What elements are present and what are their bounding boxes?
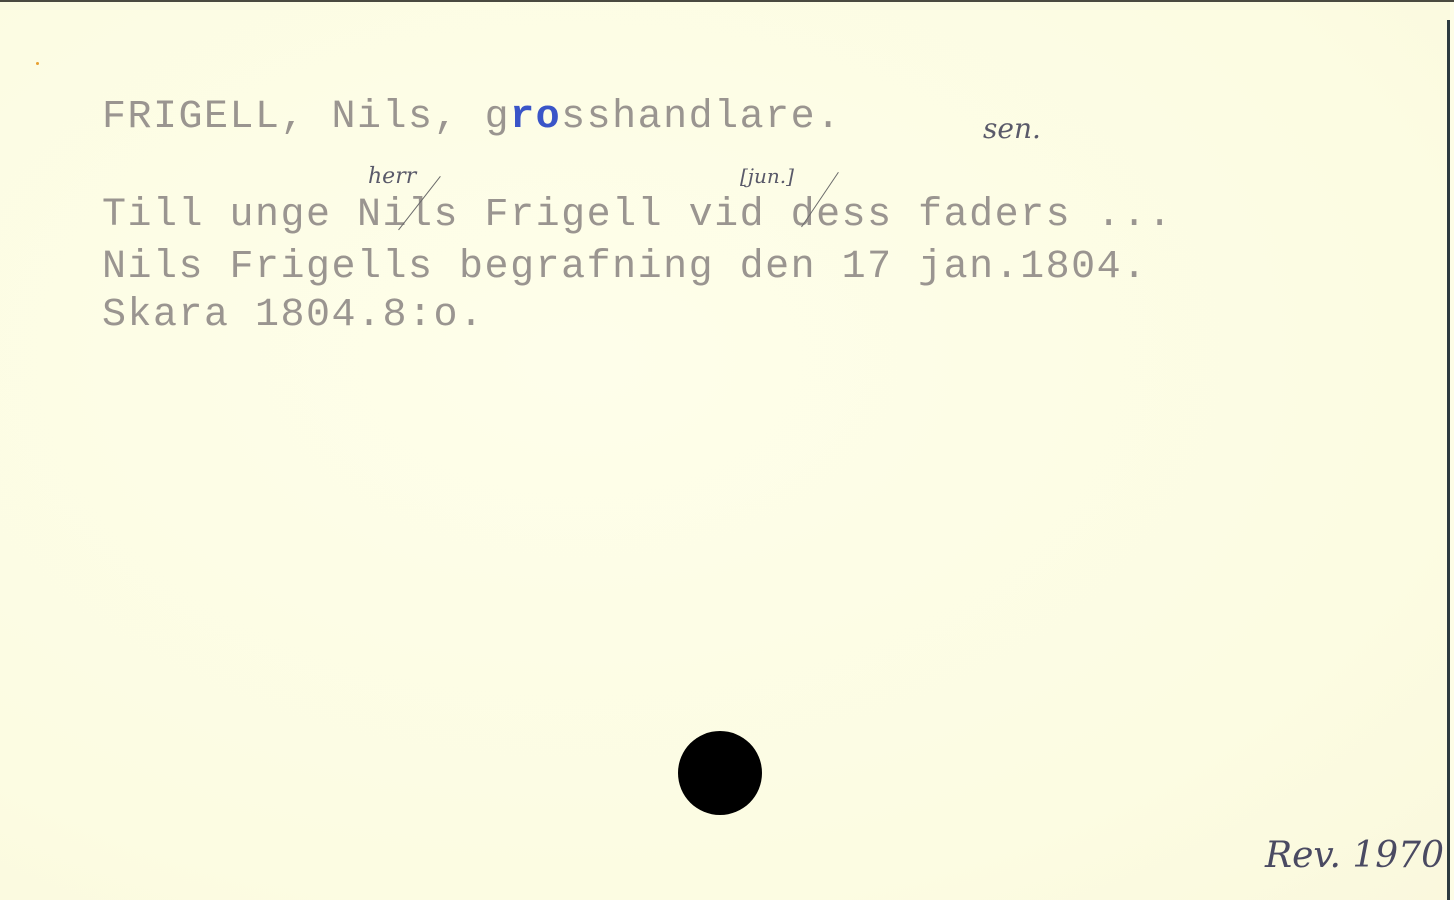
catalog-card: FRIGELL, Nils, grosshandlare. sen. Till … [0, 0, 1450, 900]
heading-given-name: Nils [332, 95, 434, 140]
title-line-1: Till unge Nils Frigell vid dess faders .… [102, 196, 1173, 236]
punch-hole [678, 731, 762, 815]
heading-comma: , [281, 95, 332, 140]
handwritten-jun-insertion: [jun.] [740, 164, 794, 188]
title-line-3: Skara 1804.8:o. [102, 296, 485, 336]
heading-comma: , [434, 95, 485, 140]
heading-occupation-rest: sshandlare [561, 95, 816, 140]
heading-occupation-correction: ro [510, 95, 561, 140]
title-line-2: Nils Frigells begrafning den 17 jan.1804… [102, 248, 1148, 288]
handwritten-herr-insertion: herr [368, 164, 416, 189]
handwritten-sen-note: sen. [983, 112, 1041, 145]
heading-occupation-prefix: g [485, 95, 511, 140]
paper-speck [36, 62, 39, 65]
revision-note: Rev. 1970 [1265, 835, 1444, 876]
card-heading: FRIGELL, Nils, grosshandlare. [102, 98, 842, 138]
card-top-edge [0, 0, 1454, 2]
heading-surname: FRIGELL [102, 95, 281, 140]
heading-period: . [816, 95, 842, 140]
card-right-edge [1447, 20, 1450, 900]
